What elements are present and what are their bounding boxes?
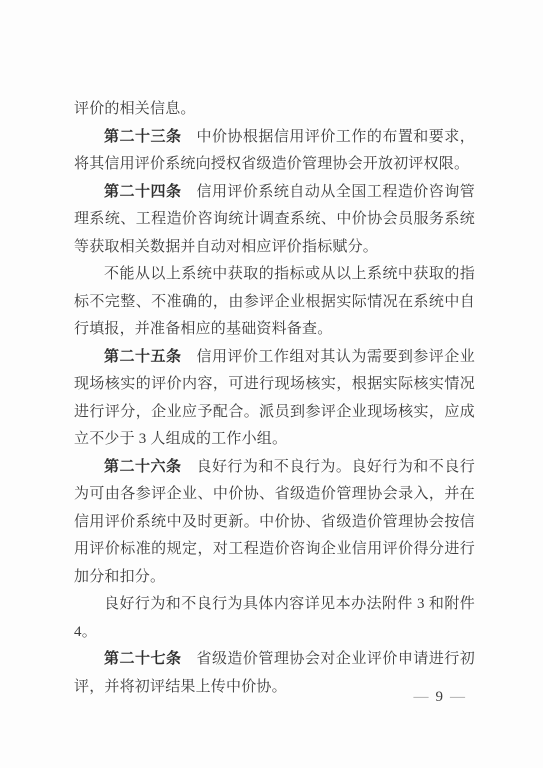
paragraph-text: 良好行为和不良行为具体内容详见本办法附件 3 和附件 4。 [74,596,475,640]
paragraph: 不能从以上系统中获取的指标或从以上系统中获取的指标不完整、不准确的，由参评企业根… [74,261,475,344]
article-number: 第二十六条 [104,459,181,475]
paragraph: 良好行为和不良行为具体内容详见本办法附件 3 和附件 4。 [74,591,475,646]
paragraph: 第二十四条信用评价系统自动从全国工程造价咨询管理系统、工程造价咨询统计调查系统、… [74,179,475,262]
footer-dash-right: — [450,689,465,705]
paragraph: 第二十五条信用评价工作组对其认为需要到参评企业现场核实的评价内容，可进行现场核实… [74,344,475,454]
paragraph: 第二十三条中价协根据信用评价工作的布置和要求，将其信用评价系统向授权省级造价管理… [74,124,475,179]
document-page: 评价的相关信息。 第二十三条中价协根据信用评价工作的布置和要求，将其信用评价系统… [0,0,543,768]
article-number: 第二十七条 [104,651,181,667]
paragraph-text: 评价的相关信息。 [74,101,196,117]
footer-dash-left: — [414,689,429,705]
paragraph-text: 不能从以上系统中获取的指标或从以上系统中获取的指标不完整、不准确的，由参评企业根… [74,266,475,337]
page-footer: —9— [414,688,466,706]
paragraph-text: 良好行为和不良行为。良好行为和不良行为可由各参评企业、中价协、省级造价管理协会录… [74,459,475,585]
article-number: 第二十四条 [104,184,181,200]
paragraph: 第二十六条良好行为和不良行为。良好行为和不良行为可由各参评企业、中价协、省级造价… [74,454,475,592]
paragraph: 评价的相关信息。 [74,96,475,124]
article-number: 第二十三条 [104,129,181,145]
document-body: 评价的相关信息。 第二十三条中价协根据信用评价工作的布置和要求，将其信用评价系统… [74,96,475,701]
page-number: 9 [436,689,444,705]
article-number: 第二十五条 [104,349,181,365]
